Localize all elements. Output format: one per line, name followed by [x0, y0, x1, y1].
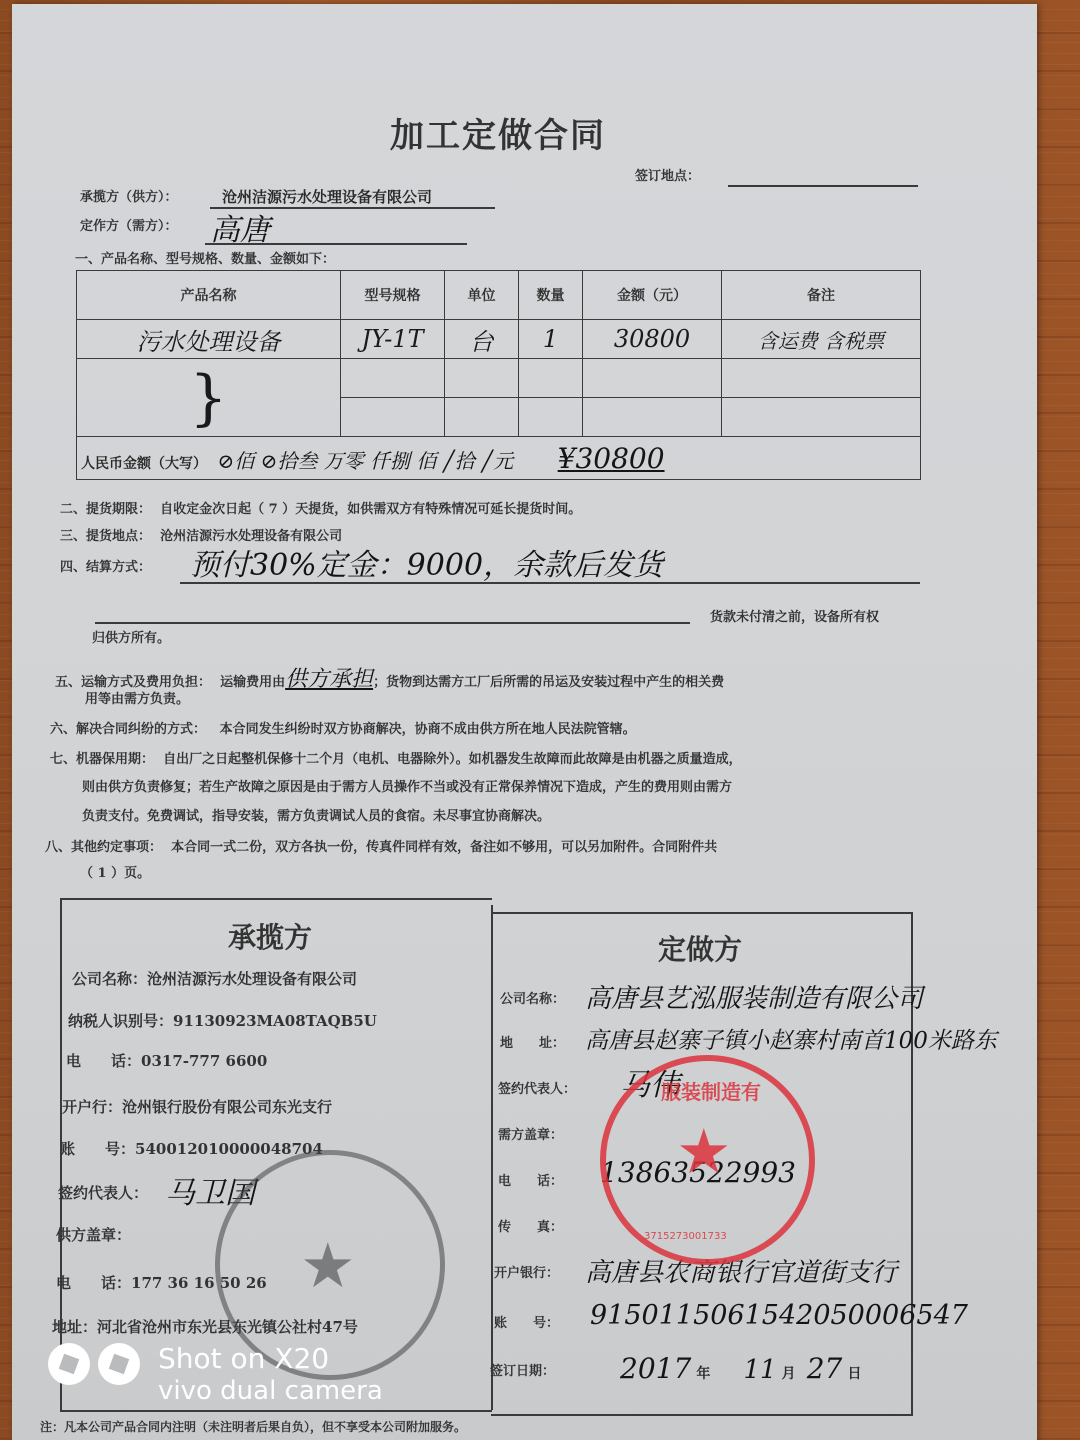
customer-heading: 定做方 — [658, 928, 742, 968]
total-label: 人民币金额（大写） — [81, 456, 207, 472]
cell-amount: 30800 — [583, 320, 722, 359]
cell-remarks: 含运费 含税票 — [722, 320, 921, 359]
customer-phone-label: 电 话： — [498, 1170, 563, 1189]
cell-model: JY-1T — [341, 320, 445, 359]
section1-heading: 一、产品名称、型号规格、数量、金额如下： — [75, 248, 335, 267]
customer-company-seal: ★ 服装制造有 3715273001733 — [600, 1055, 815, 1265]
contractor-tax-id-field: 纳税人识别号：91130923MA08TAQB5U — [68, 1010, 377, 1031]
date-year-unit: 年 — [696, 1366, 710, 1382]
watermark-line2: vivo dual camera — [158, 1375, 383, 1407]
customer-seal-label: 需方盖章： — [498, 1124, 563, 1143]
date-month: 11 — [743, 1355, 776, 1385]
date-month-unit: 月 — [782, 1366, 796, 1382]
date-day-unit: 日 — [847, 1366, 861, 1382]
cell-empty — [722, 359, 921, 398]
cell-empty — [341, 359, 445, 398]
customer-company-value: 高唐县艺泓服装制造有限公司 — [585, 978, 923, 1015]
contractor-account-field: 账 号：540012010000048704 — [60, 1138, 323, 1159]
table-row: 污水处理设备 JY-1T 台 1 30800 含运费 含税票 — [77, 320, 921, 359]
header-amount: 金额（元） — [583, 271, 722, 320]
customer-account-label: 账 号： — [494, 1312, 559, 1331]
table-row: } — [77, 359, 921, 398]
customer-bank-label: 开户银行： — [494, 1262, 559, 1281]
total-figure: ¥30800 — [558, 442, 665, 475]
camera-aperture-icon — [48, 1343, 90, 1385]
header-quantity: 数量 — [519, 271, 583, 320]
clause-4-underline — [180, 582, 920, 584]
clause-4-text-cont: 归供方所有。 — [92, 627, 170, 646]
contractor-rep-label: 签约代表人： — [58, 1182, 148, 1203]
clause-4-underline-2 — [95, 622, 690, 624]
customer-address-label: 地 址： — [500, 1032, 565, 1051]
contractor-bank-field: 开户行：沧州银行股份有限公司东光支行 — [62, 1096, 332, 1117]
camera-aperture-icon — [98, 1343, 140, 1385]
cell-empty — [445, 359, 519, 398]
customer-label: 定作方（需方）： — [80, 215, 178, 234]
customer-date-label: 签订日期： — [490, 1360, 555, 1379]
customer-date: 2017 年 11 月 27 日 — [620, 1352, 861, 1385]
clause-5-cont: 用等由需方负责。 — [85, 688, 189, 707]
contractor-label: 承揽方（供方）： — [80, 186, 178, 205]
header-unit: 单位 — [445, 271, 519, 320]
seal-text: 服装制造有 — [636, 1076, 786, 1105]
contractor-phone-field: 电 话：0317-777 6600 — [66, 1050, 267, 1071]
clause-2: 二、提货期限： 自收定金次日起（ 7 ）天提货，如供需双方有特殊情况可延长提货时… — [60, 498, 581, 517]
contractor-value: 沧州洁源污水处理设备有限公司 — [222, 186, 432, 207]
header-model: 型号规格 — [341, 271, 445, 320]
seal-star-icon: ★ — [300, 1235, 356, 1297]
camera-watermark: Shot on X20 vivo dual camera — [48, 1343, 148, 1385]
customer-address-value: 高唐县赵寨子镇小赵寨村南首100米路东 — [585, 1022, 997, 1055]
header-remarks: 备注 — [722, 271, 921, 320]
clause-8: 八、其他约定事项： 本合同一式二份，双方各执一份，传真件同样有效，备注如不够用，… — [45, 836, 717, 855]
document-title: 加工定做合同 — [390, 108, 606, 157]
cell-empty — [722, 398, 921, 437]
cell-quantity: 1 — [519, 320, 583, 359]
cell-empty — [341, 398, 445, 437]
date-year: 2017 — [620, 1352, 691, 1385]
date-day: 27 — [807, 1352, 843, 1385]
signing-place-label: 签订地点： — [635, 165, 700, 184]
clause-4-text-end: 货款未付清之前，设备所有权 — [710, 606, 879, 625]
customer-rep-label: 签约代表人： — [498, 1078, 576, 1097]
contractor-heading: 承揽方 — [228, 916, 312, 956]
product-table: 产品名称 型号规格 单位 数量 金额（元） 备注 污水处理设备 JY-1T 台 … — [76, 270, 921, 480]
watermark-line1: Shot on X20 — [158, 1343, 383, 1375]
total-row: 人民币金额（大写） ⊘佰 ⊘拾叁 万零 仟捌 佰 ╱拾 ╱元 ¥30800 — [77, 437, 921, 480]
clause-7-cont2: 负责支付。免费调试，指导安装，需方负责调试人员的食宿。未尽事宜协商解决。 — [82, 805, 550, 824]
cell-unit: 台 — [445, 320, 519, 359]
cell-brace-mark: } — [77, 359, 341, 437]
cell-empty — [519, 359, 583, 398]
signing-place-line — [728, 185, 918, 187]
clause-8-cont: （ 1 ）页。 — [80, 862, 150, 881]
clause-4-handwritten: 预付30%定金：9000，余款后发货 — [190, 540, 663, 584]
customer-account-value: 9150115061542050006547 — [590, 1300, 968, 1331]
contractor-company-field: 公司名称：沧州洁源污水处理设备有限公司 — [72, 968, 357, 989]
seal-code: 3715273001733 — [644, 1231, 727, 1242]
total-words: ⊘佰 ⊘拾叁 万零 仟捌 佰 ╱拾 ╱元 — [217, 449, 513, 473]
customer-underline — [205, 243, 467, 245]
customer-company-label: 公司名称： — [500, 988, 565, 1007]
cell-product-name: 污水处理设备 — [77, 320, 341, 359]
contractor-seal-label: 供方盖章： — [56, 1224, 131, 1245]
header-product-name: 产品名称 — [77, 271, 341, 320]
cell-empty — [519, 398, 583, 437]
clause-7-cont: 则由供方负责修复；若生产故障之原因是由于需方人员操作不当或没有正常保养情况下造成… — [82, 776, 732, 795]
cell-empty — [583, 398, 722, 437]
cell-empty — [445, 398, 519, 437]
clause-7: 七、机器保用期： 自出厂之日起整机保修十二个月（电机、电器除外）。如机器发生故障… — [50, 748, 742, 767]
footnote: 注：凡本公司产品合同内注明（未注明者后果自负），但不享受本公司附加服务。 — [40, 1418, 466, 1435]
clause-4: 四、结算方式： — [60, 556, 151, 575]
customer-fax-label: 传 真： — [498, 1216, 563, 1235]
clause-6: 六、解决合同纠纷的方式： 本合同发生纠纷时双方协商解决，协商不成由供方所在地人民… — [50, 718, 636, 737]
cell-empty — [583, 359, 722, 398]
table-header-row: 产品名称 型号规格 单位 数量 金额（元） 备注 — [77, 271, 921, 320]
seal-star-icon: ★ — [676, 1121, 732, 1183]
